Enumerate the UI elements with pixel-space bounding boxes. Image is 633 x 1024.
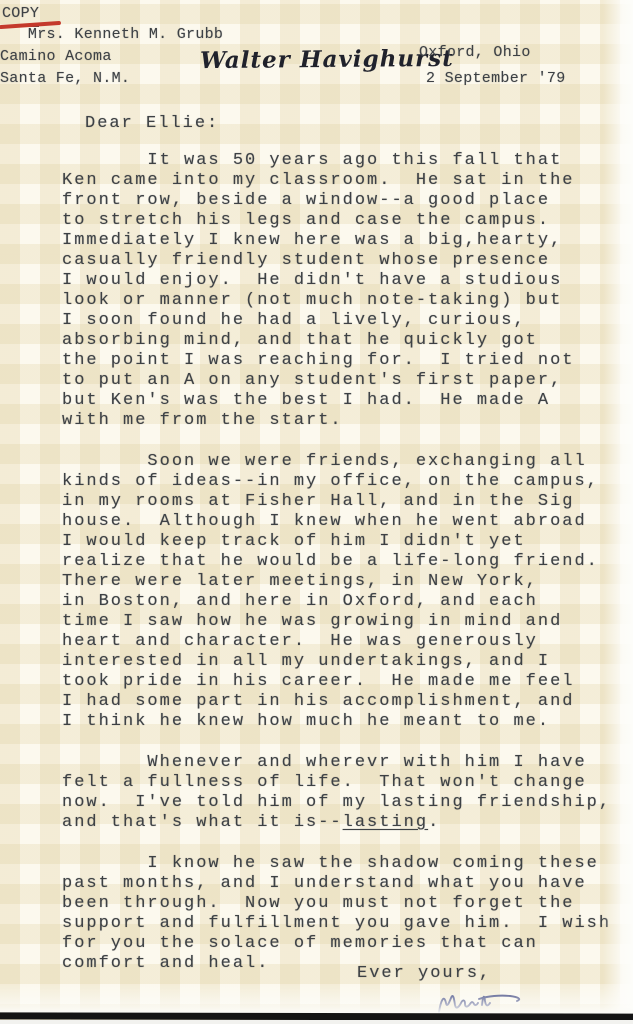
typed-line: felt a fullness of life. That won't chan… bbox=[62, 773, 630, 793]
typed-line: the point I was reaching for. I tried no… bbox=[62, 351, 630, 371]
typed-line: I know he saw the shadow coming these bbox=[62, 854, 630, 874]
typed-line: heart and character. He was generously bbox=[62, 632, 630, 652]
typed-line: Camino Acoma bbox=[0, 46, 223, 68]
typed-line: Immediately I knew here was a big,hearty… bbox=[62, 231, 630, 251]
typed-line: It was 50 years ago this fall that bbox=[62, 151, 630, 171]
typed-line: now. I've told him of my lasting friends… bbox=[62, 793, 630, 813]
scan-edge-fade-bottom bbox=[0, 984, 633, 1014]
signature-walter bbox=[436, 990, 528, 1016]
date-line: 2 September '79 bbox=[426, 68, 566, 90]
typed-line: Santa Fe, N.M. bbox=[0, 68, 223, 90]
typed-line: comfort and heal. bbox=[62, 954, 630, 974]
typed-line: I had some part in his accomplishment, a… bbox=[62, 692, 630, 712]
typed-line: realize that he would be a life-long fri… bbox=[62, 552, 630, 572]
typed-line: I would keep track of him I didn't yet bbox=[62, 532, 630, 552]
typed-line: There were later meetings, in New York, bbox=[62, 572, 630, 592]
typed-line: absorbing mind, and that he quickly got bbox=[62, 331, 630, 351]
paragraph: Soon we were friends, exchanging allkind… bbox=[62, 452, 630, 732]
typed-line: kinds of ideas--in my office, on the cam… bbox=[62, 472, 630, 492]
typed-line: and that's what it is--lasting. bbox=[62, 813, 630, 833]
typed-line: I soon found he had a lively, curious, bbox=[62, 311, 630, 331]
typed-line: interested in all my undertakings, and I bbox=[62, 652, 630, 672]
typed-line: with me from the start. bbox=[62, 411, 630, 431]
recipient-address: Mrs. Kenneth M. GrubbCamino AcomaSanta F… bbox=[0, 24, 223, 90]
typed-line: took pride in his career. He made me fee… bbox=[62, 672, 630, 692]
scan-edge-below bbox=[0, 1020, 633, 1024]
letter-body: It was 50 years ago this fall thatKen ca… bbox=[62, 151, 630, 974]
letter-page: COPY Mrs. Kenneth M. GrubbCamino AcomaSa… bbox=[0, 0, 633, 1024]
typed-line: Mrs. Kenneth M. Grubb bbox=[0, 24, 223, 46]
typed-line: Ken came into my classroom. He sat in th… bbox=[62, 171, 630, 191]
paragraph: Whenever and wherevr with him I havefelt… bbox=[62, 753, 630, 833]
typed-line: Whenever and wherevr with him I have bbox=[62, 753, 630, 773]
typed-line: casually friendly student whose presence bbox=[62, 251, 630, 271]
typed-line: time I saw how he was growing in mind an… bbox=[62, 612, 630, 632]
closing-line: Ever yours, bbox=[357, 964, 491, 984]
typed-line: but Ken's was the best I had. He made A bbox=[62, 391, 630, 411]
typed-line: house. Although I knew when he went abro… bbox=[62, 512, 630, 532]
typed-line: been through. Now you must not forget th… bbox=[62, 894, 630, 914]
typed-line: in my rooms at Fisher Hall, and in the S… bbox=[62, 492, 630, 512]
paragraph: I know he saw the shadow coming thesepas… bbox=[62, 854, 630, 974]
handwritten-name: Walter Havighurst bbox=[200, 45, 454, 74]
typed-line: Soon we were friends, exchanging all bbox=[62, 452, 630, 472]
place-line: Oxford, Ohio bbox=[419, 42, 531, 64]
typed-line: look or manner (not much note-taking) bu… bbox=[62, 291, 630, 311]
typed-line: to put an A on any student's first paper… bbox=[62, 371, 630, 391]
typed-line: for you the solace of memories that can bbox=[62, 934, 630, 954]
typed-line: in Boston, and here in Oxford, and each bbox=[62, 592, 630, 612]
typed-line: support and fulfillment you gave him. I … bbox=[62, 914, 630, 934]
typed-line: to stretch his legs and case the campus. bbox=[62, 211, 630, 231]
salutation: Dear Ellie: bbox=[85, 114, 219, 134]
paragraph: It was 50 years ago this fall thatKen ca… bbox=[62, 151, 630, 431]
typed-line: I think he knew how much he meant to me. bbox=[62, 712, 630, 732]
typed-line: I would enjoy. He didn't have a studious bbox=[62, 271, 630, 291]
typed-line: past months, and I understand what you h… bbox=[62, 874, 630, 894]
typed-line: front row, beside a window--a good place bbox=[62, 191, 630, 211]
